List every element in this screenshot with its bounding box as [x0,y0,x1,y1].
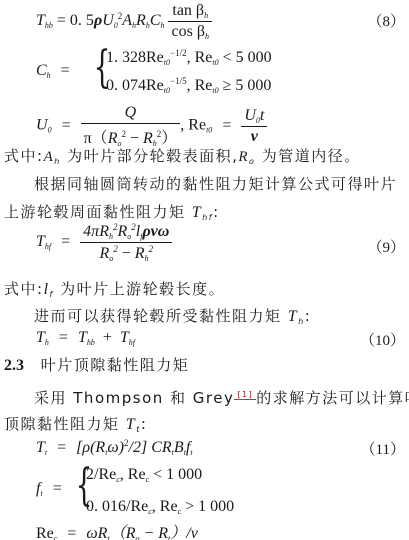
sub: hb [45,21,53,30]
colon: : [141,415,148,433]
rhs-minus: − R [139,525,168,540]
sup: −1/5 [170,76,187,86]
text: 为叶片上游轮毂长度。 [54,280,225,298]
sub: 0 [114,21,118,30]
var-t: t [260,107,264,124]
cond: , Re [187,49,213,66]
equation-u0: U0 = Q π（Ro2 − Rh2） , Ret0 = U0t ν [36,104,267,148]
relation: > 1 000 [181,498,234,515]
expr: 0. 016/Re [86,498,148,515]
section-heading: 2.3 叶片顶隙黏性阻力矩 [4,354,189,375]
relation: < 5 000 [219,49,272,66]
var-U: U [36,117,48,134]
paragraph-3-line-1: 采用 Thompson 和 Grey[1]的求解方法可以计算叶片 [34,387,409,408]
var-R: R [117,223,127,240]
equation-9: Thf = 4πRh2Ro2lfρνω Ro2 − Rh2 [36,222,172,263]
sub: h [109,232,113,241]
var-Re: Re [36,525,54,540]
fraction: 4πRh2Ro2lfρνω Ro2 − Rh2 [80,222,172,263]
case-1: 1. 328Ret0−1/2, Ret0 < 5 000 [106,48,272,67]
rhs-pre: ωR [86,525,107,540]
paragraph-1-line-2: 上游轮毂周面黏性阻力矩 Thf: [4,201,220,222]
var-T: T [36,439,45,456]
var-T: T [36,12,45,29]
section-number: 2.3 [4,357,24,374]
num-head: 4πR [83,223,109,240]
equation-rec: Rec = ωRt（Ro − Rt）/ν [36,520,198,540]
sub: t0 [164,58,170,67]
case-1: 2/Rec, Rec < 1 000 [86,466,202,484]
rhs-mid: ω) [107,439,124,456]
sub: h [298,317,305,326]
numerator: tan β [172,2,204,19]
sub: 0 [48,126,52,135]
var-R: R [238,149,249,165]
equation-number-11: （11） [361,438,405,459]
var-T: T [78,329,87,346]
label: 式中: [4,147,44,165]
var-B: B [174,439,184,456]
var-R: R [135,245,145,262]
var-C: C [36,62,47,79]
separator: , Re [180,117,206,134]
var-C: C [150,12,161,29]
sub: h [54,157,61,166]
case-2: 0. 074Ret0−1/5, Ret0 ≥ 5 000 [106,76,271,95]
text: 采用 Thompson 和 Grey [34,389,234,407]
equals: = [61,62,70,79]
numerator: Q [81,104,181,124]
paragraph-2: 进而可以获得轮毂所受黏性阻力矩 Th: [34,305,311,326]
sub: hf [45,242,51,251]
sub: hf [202,213,213,222]
equals: = [53,480,62,497]
equation-number-8: （8） [367,10,405,31]
cond: , Re [152,498,178,515]
equation-8: Thb = 0. 5ρU02AhRhCh tan βh cos βh [36,2,212,41]
sub: t0 [206,126,212,135]
var-A: A [122,12,132,29]
paragraph-3-line-2: 顶隙黏性阻力矩 Tt: [4,413,147,434]
sub: hf [129,338,135,347]
rhs-mid: （R [110,525,136,540]
text: 为叶片部分轮毂表面积, [61,147,239,165]
sup: −1/2 [170,48,187,58]
equals: = [61,233,70,250]
var-T: T [126,416,136,433]
plus: + [103,329,112,346]
text: 的求解方法可以计算叶片 [256,389,409,407]
where-clause-2: 式中:lf 为叶片上游轮毂长度。 [4,278,225,299]
text: 上游轮毂周面黏性阻力矩 [4,203,192,221]
sub: t [40,489,42,498]
expr: 2/Re [86,466,116,483]
var-T: T [36,233,45,250]
equation-10: Th = Thb + Thf [36,329,135,347]
equation-number-10: （10） [360,329,405,350]
var-R: R [99,245,109,262]
text: 为管道内径。 [255,147,360,165]
sub: hb [87,338,95,347]
citation-link[interactable]: [1] [234,390,256,400]
sub: h [47,71,51,80]
relation: ≥ 5 000 [219,77,272,94]
var-T: T [36,329,45,346]
equals: = [59,329,68,346]
colon: : [213,203,220,221]
var-U: U [244,107,256,124]
relation: < 1 000 [149,466,202,483]
sub: c [54,534,58,540]
sub: h [205,32,209,41]
coef: 0. 074Re [106,77,164,94]
sub: t [190,448,192,457]
sub: h [45,338,49,347]
sub: o [127,232,131,241]
paragraph-1-line-1: 根据同轴圆筒转动的黏性阻力矩计算公式可得叶片 [34,173,397,194]
text: 进而可以获得轮毂所受黏性阻力矩 [34,307,288,325]
case-2: 0. 016/Rec, Rec > 1 000 [86,498,234,516]
section-title: 叶片顶隙黏性阻力矩 [41,356,190,374]
sub: t0 [164,86,170,95]
equation-number-9: （9） [367,236,405,257]
rhs-post: /2] CR [129,439,172,456]
sub: t [45,448,47,457]
equals: = [222,117,231,134]
var-T: T [192,204,202,221]
var-T: T [288,308,298,325]
rhs-pre: [ρ(R [76,439,105,456]
sub: h [145,254,149,263]
sub: o [109,254,113,263]
denominator: cos β [171,23,204,40]
var-T: T [120,329,129,346]
var-A: A [44,149,55,165]
coef: 1. 328Re [106,49,164,66]
sub: h [204,11,208,20]
equals: = [62,117,71,134]
denominator: ν [241,127,267,146]
fraction: Q π（Ro2 − Rh2） [81,104,181,148]
equals: = [57,439,66,456]
sub: h [160,21,164,30]
cond: , Re [187,77,213,94]
equation-11: Tt = [ρ(Rtω)2/2] CRtBtft [36,438,193,457]
var-R: R [136,12,146,29]
text: 顶隙黏性阻力矩 [4,415,126,433]
equals: = [67,525,76,540]
rhs-post: ）/ν [170,525,198,540]
num-tail: ρνω [142,223,169,240]
sup: 2 [149,244,154,254]
minus: − [118,245,135,262]
var-U: U [102,12,114,29]
cond: , Re [120,466,146,483]
rho: ρ [94,12,102,29]
where-clause-1: 式中:Ah 为叶片部分轮毂表面积,Ro 为管道内径。 [4,145,361,166]
label: 式中: [4,280,44,298]
fraction: tan βh cos βh [168,2,211,41]
colon: : [305,307,312,325]
coef: = 0. 5 [57,12,94,29]
fraction: U0t ν [241,107,267,146]
